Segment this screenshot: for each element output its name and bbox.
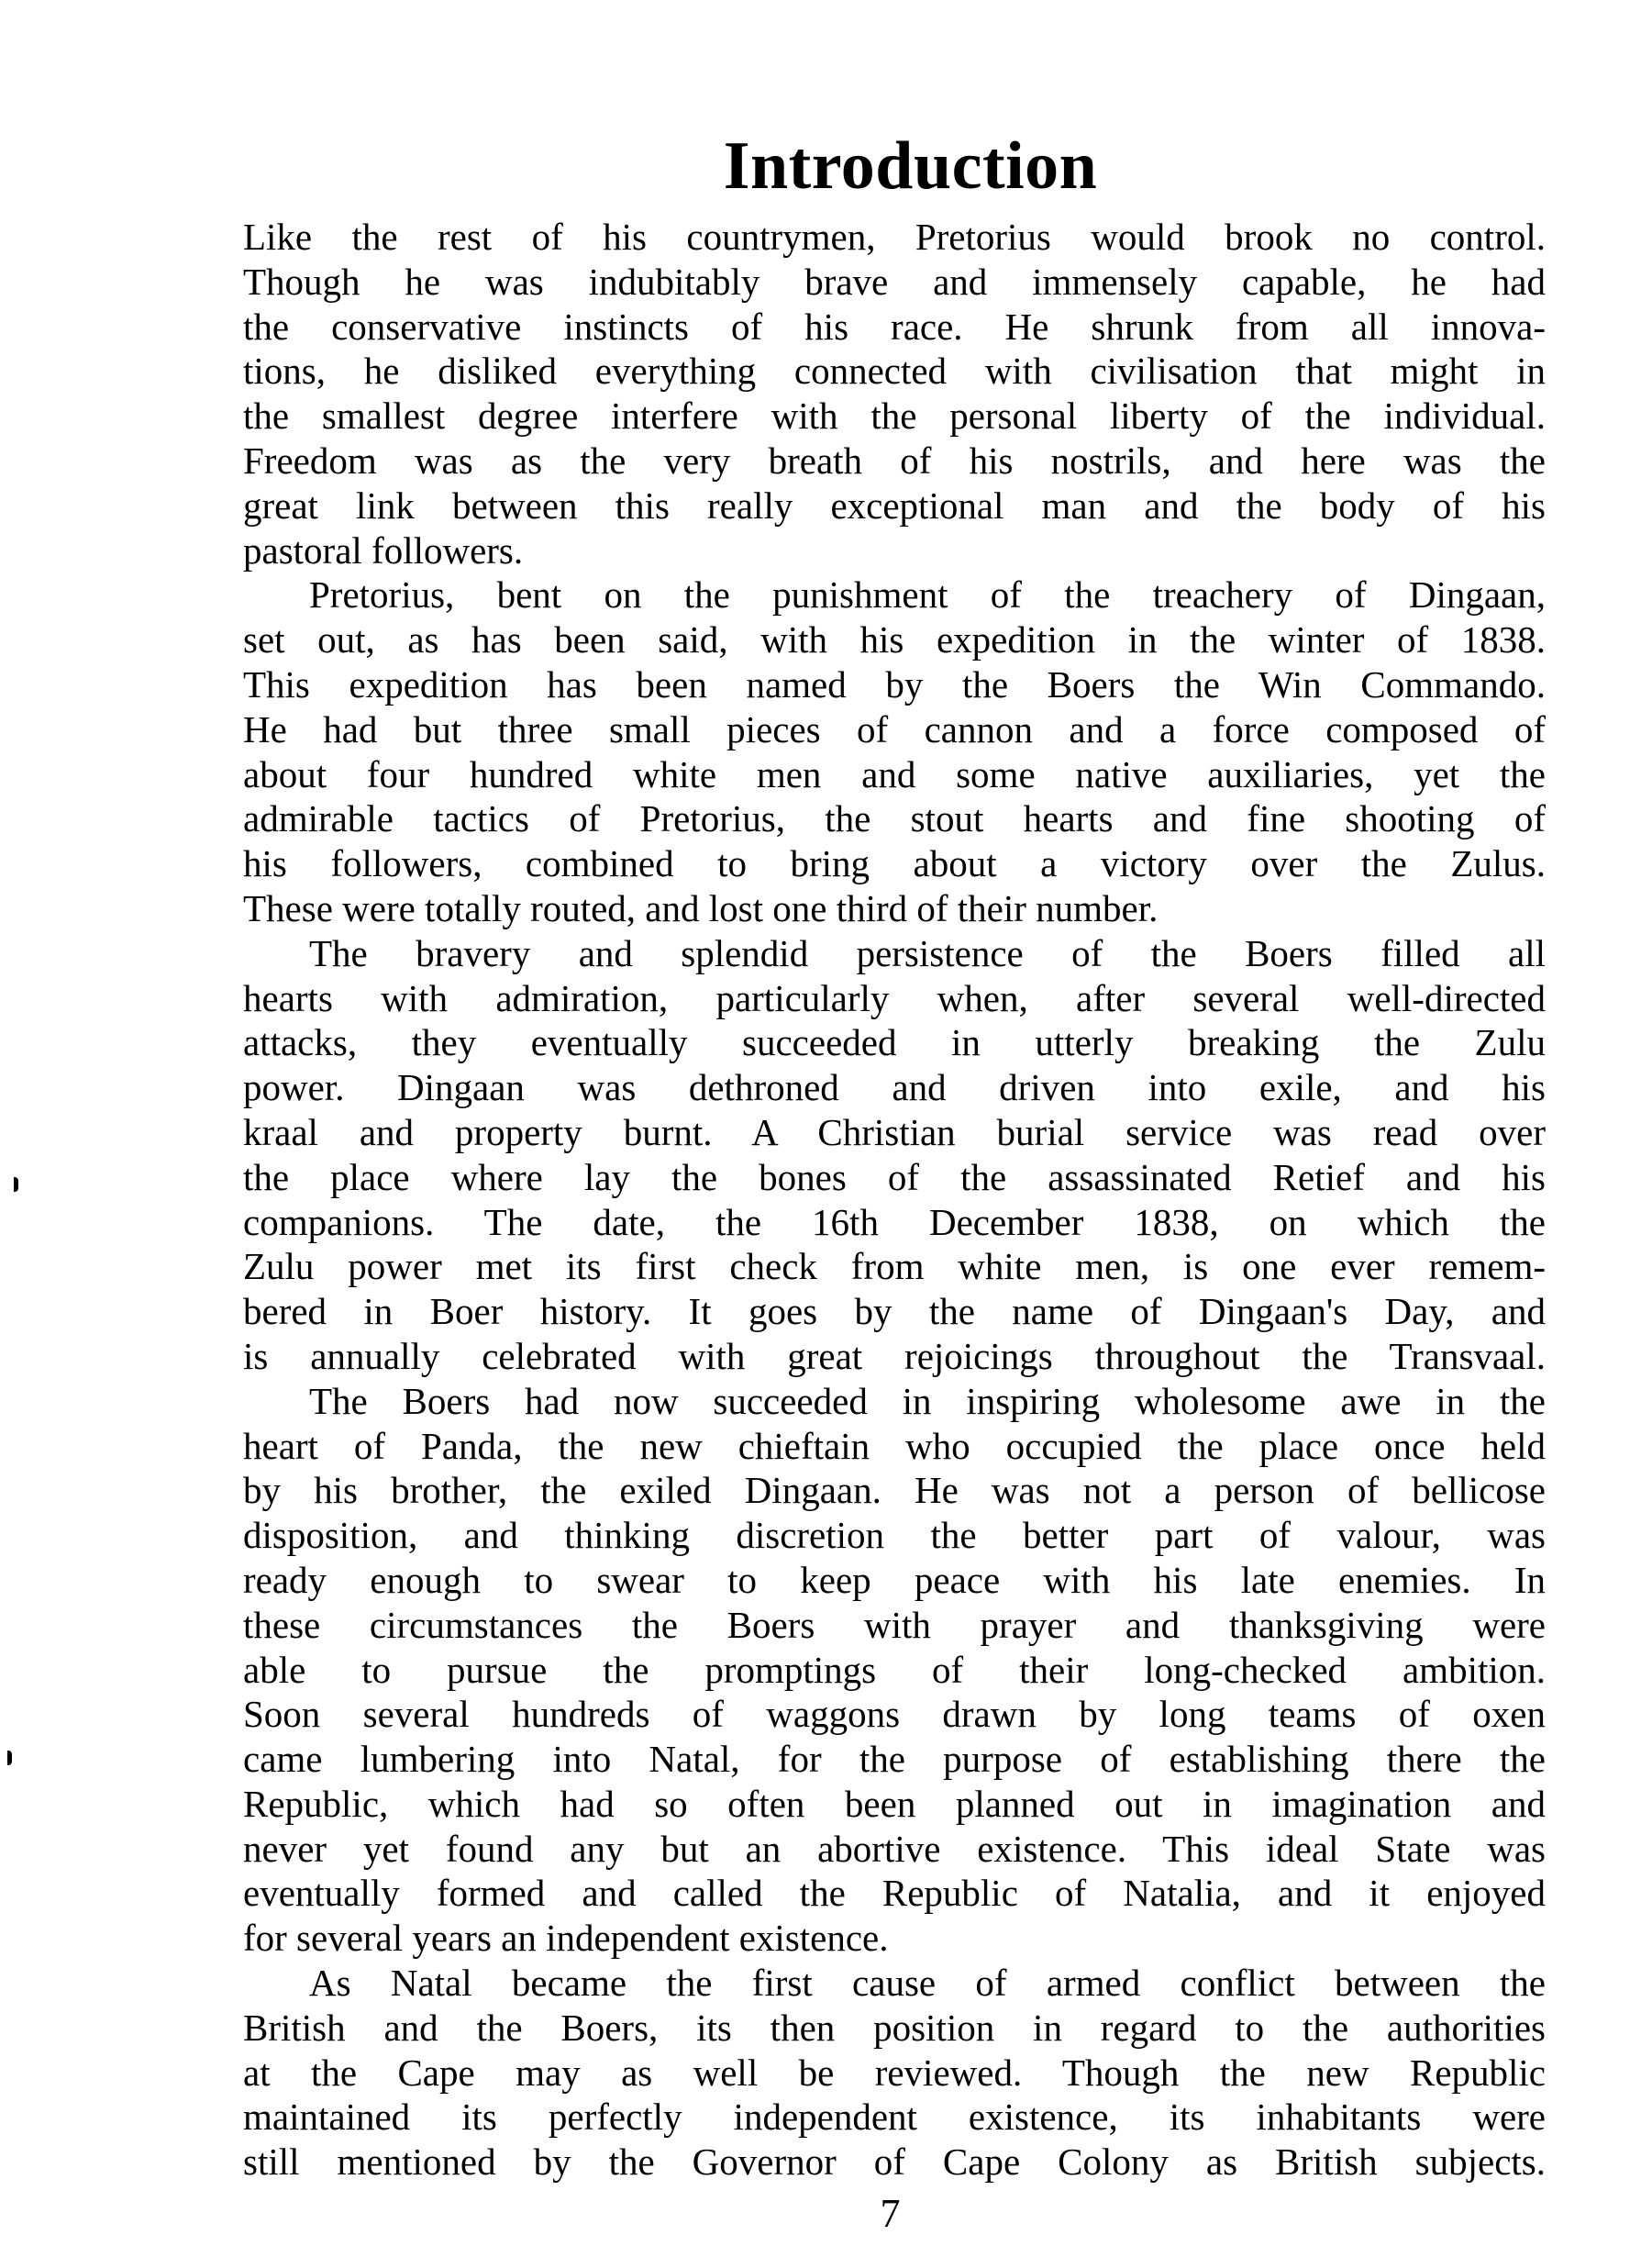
text-line: the conservative instincts of his race. … bbox=[243, 305, 1546, 350]
text-line: He had but three small pieces of cannon … bbox=[243, 707, 1546, 752]
page-title: Introduction bbox=[0, 125, 1652, 207]
text-line: Zulu power met its first check from whit… bbox=[243, 1244, 1546, 1289]
text-line: attacks, they eventually succeeded in ut… bbox=[243, 1020, 1546, 1065]
text-line: companions. The date, the 16th December … bbox=[243, 1200, 1546, 1245]
paragraph-1: Like the rest of his countrymen, Pretori… bbox=[243, 215, 1546, 573]
margin-mark bbox=[7, 1751, 12, 1765]
text-line: never yet found any but an abortive exis… bbox=[243, 1827, 1546, 1872]
text-line: is annually celebrated with great rejoic… bbox=[243, 1334, 1546, 1379]
margin-mark bbox=[14, 1177, 18, 1192]
text-line: bered in Boer history. It goes by the na… bbox=[243, 1289, 1546, 1334]
text-line: As Natal became the first cause of armed… bbox=[243, 1961, 1546, 2006]
text-line: Pretorius, bent on the punishment of the… bbox=[243, 573, 1546, 617]
paragraph-5: As Natal became the first cause of armed… bbox=[243, 1961, 1546, 2185]
text-line: the place where lay the bones of the ass… bbox=[243, 1155, 1546, 1200]
text-line: disposition, and thinking discretion the… bbox=[243, 1513, 1546, 1558]
text-line: tions, he disliked everything connected … bbox=[243, 349, 1546, 394]
paragraph-2: Pretorius, bent on the punishment of the… bbox=[243, 573, 1546, 930]
text-line: at the Cape may as well be reviewed. Tho… bbox=[243, 2051, 1546, 2096]
text-line: by his brother, the exiled Dingaan. He w… bbox=[243, 1468, 1546, 1513]
text-line: about four hundred white men and some na… bbox=[243, 752, 1546, 797]
text-line: kraal and property burnt. A Christian bu… bbox=[243, 1110, 1546, 1155]
text-line: pastoral followers. bbox=[243, 528, 1546, 573]
text-line: The bravery and splendid persistence of … bbox=[243, 931, 1546, 976]
text-line: able to pursue the promptings of their l… bbox=[243, 1648, 1546, 1693]
text-line: hearts with admiration, particularly whe… bbox=[243, 976, 1546, 1021]
text-line: ready enough to swear to keep peace with… bbox=[243, 1558, 1546, 1603]
text-line: Like the rest of his countrymen, Pretori… bbox=[243, 215, 1546, 260]
text-line: great link between this really exception… bbox=[243, 484, 1546, 528]
text-line: these circumstances the Boers with praye… bbox=[243, 1603, 1546, 1648]
text-line: Though he was indubitably brave and imme… bbox=[243, 260, 1546, 305]
text-line: set out, as has been said, with his expe… bbox=[243, 617, 1546, 662]
text-line: the smallest degree interfere with the p… bbox=[243, 394, 1546, 439]
body-text: Like the rest of his countrymen, Pretori… bbox=[243, 215, 1546, 2185]
text-line: power. Dingaan was dethroned and driven … bbox=[243, 1065, 1546, 1110]
text-line: Freedom was as the very breath of his no… bbox=[243, 439, 1546, 484]
text-line: came lumbering into Natal, for the purpo… bbox=[243, 1737, 1546, 1782]
text-line: eventually formed and called the Republi… bbox=[243, 1871, 1546, 1916]
paragraph-4: The Boers had now succeeded in inspiring… bbox=[243, 1379, 1546, 1961]
text-line: still mentioned by the Governor of Cape … bbox=[243, 2140, 1546, 2185]
text-line: Soon several hundreds of waggons drawn b… bbox=[243, 1692, 1546, 1737]
text-line: British and the Boers, its then position… bbox=[243, 2006, 1546, 2051]
text-line: admirable tactics of Pretorius, the stou… bbox=[243, 796, 1546, 841]
paragraph-3: The bravery and splendid persistence of … bbox=[243, 931, 1546, 1379]
text-line: for several years an independent existen… bbox=[243, 1916, 1546, 1961]
text-line: maintained its perfectly independent exi… bbox=[243, 2095, 1546, 2140]
text-line: This expedition has been named by the Bo… bbox=[243, 662, 1546, 707]
text-line: Republic, which had so often been planne… bbox=[243, 1782, 1546, 1827]
text-line: The Boers had now succeeded in inspiring… bbox=[243, 1379, 1546, 1424]
text-line: heart of Panda, the new chieftain who oc… bbox=[243, 1424, 1546, 1469]
text-line: These were totally routed, and lost one … bbox=[243, 886, 1546, 931]
text-line: his followers, combined to bring about a… bbox=[243, 841, 1546, 886]
page-number: 7 bbox=[0, 2191, 1652, 2237]
